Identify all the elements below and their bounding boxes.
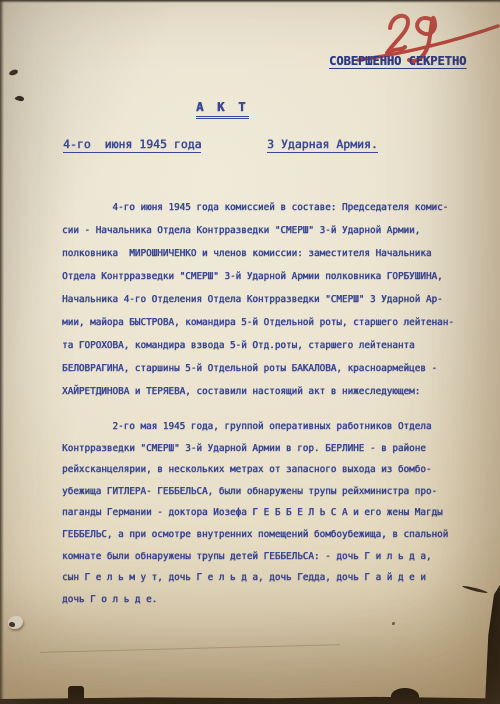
text-line: дочь Г о л ь д е. <box>62 589 464 611</box>
paper-edge-curl <box>462 585 488 594</box>
paper-speck <box>15 95 24 102</box>
text-line: БЕЛОВРАГИНА, старшины 5-й Отдельной роты… <box>62 357 464 380</box>
photo-edge-top <box>0 0 500 3</box>
text-line: убежища ГИТЛЕРА- ГЕББЕЛЬСА, были обнаруж… <box>62 481 464 503</box>
paper-crease <box>40 644 340 653</box>
army-designation: 3 Ударная Армия. <box>267 137 378 153</box>
text-line: сии - Начальника Отдела Контрразведки "С… <box>62 219 464 242</box>
date-line: 4-го июня 1945 года <box>63 137 201 153</box>
text-line: ГЕББЕЛЬС, а при осмотре внутренних помещ… <box>62 524 464 546</box>
document-title: А К Т <box>196 99 249 119</box>
document-photo: СОВЕРШЕННО СЕКРЕТНО А К Т 4-го июня 1945… <box>0 0 500 704</box>
classification-stamp: СОВЕРШЕННО СЕКРЕТНО <box>329 54 466 68</box>
tear-shadow <box>9 622 15 627</box>
text-line: Контрразведки "СМЕРШ" 3-й Ударной Армии … <box>62 438 464 460</box>
photo-background-corner <box>485 585 500 704</box>
paper: СОВЕРШЕННО СЕКРЕТНО А К Т 4-го июня 1945… <box>0 0 500 704</box>
paper-tear <box>8 616 23 629</box>
paper-speck <box>392 622 395 625</box>
text-line: мии, майора БЫСТРОВА, командира 5-й Отде… <box>62 311 464 334</box>
text-line: паганды Германии - доктора Иозефа Г Е Б … <box>62 502 464 524</box>
digit-2-stroke <box>387 16 408 53</box>
paragraph-discovery: 2-го мая 1945 года, группой оперативных … <box>62 416 464 610</box>
text-line: комнате были обнаружены трупы детей ГЕББ… <box>62 546 464 568</box>
text-line: сын Г е л ь м у т, дочь Г е л ь д а, доч… <box>62 567 464 589</box>
text-line: рейхсканцелярии, в нескольких метрах от … <box>62 459 464 481</box>
text-line: 2-го мая 1945 года, группой оперативных … <box>62 416 464 438</box>
text-line: полковника МИРОШНИЧЕНКО и членов комисси… <box>62 242 464 265</box>
text-line: 4-го июня 1945 года комиссией в составе:… <box>62 196 464 219</box>
text-line: Начальника 4-го Отделения Отдела Контрра… <box>62 288 464 311</box>
text-line: Отдела Контрразведки "СМЕРШ" 3-й Ударной… <box>62 265 464 288</box>
photo-edge-left <box>0 0 4 704</box>
text-line: та ГОРОХОВА, командира взвода 5-й Отд.ро… <box>62 334 464 357</box>
text-line: ХАЙРЕТДИНОВА и ТЕРЯЕВА, составили настоя… <box>62 380 464 403</box>
paragraph-commission: 4-го июня 1945 года комиссией в составе:… <box>62 196 464 403</box>
paper-speck <box>9 69 19 76</box>
